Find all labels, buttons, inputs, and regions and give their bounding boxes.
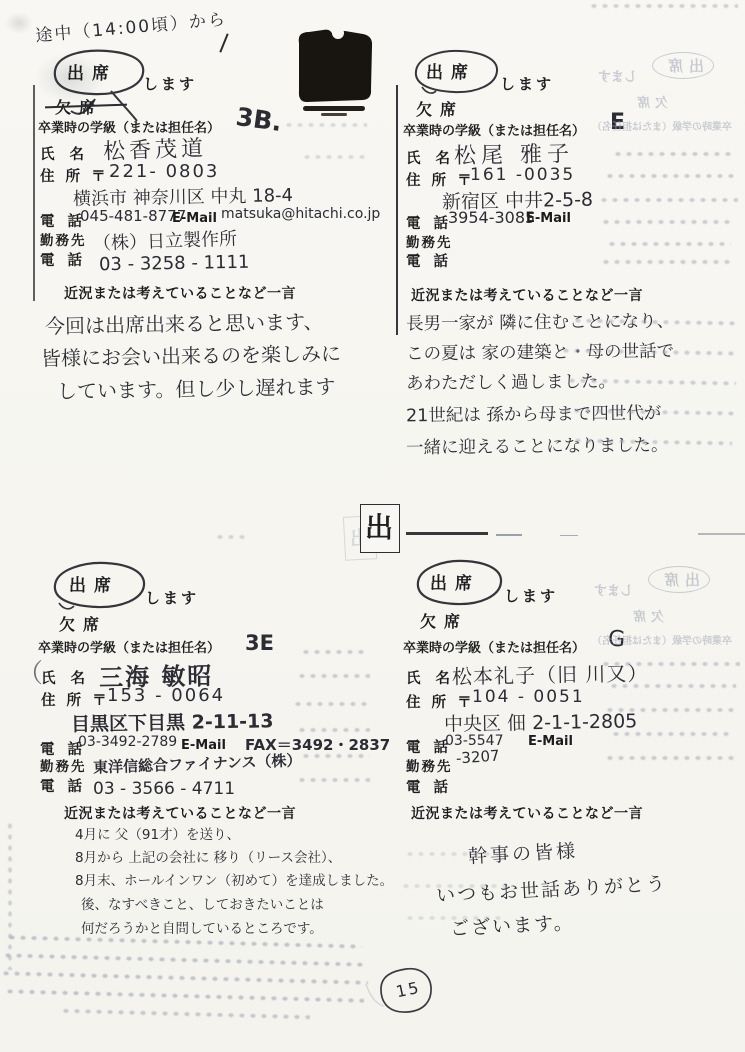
- message-line: 8月末、ホールインワン（初めて）を達成しました。: [75, 869, 393, 889]
- bleedthrough-absent: 欠席: [628, 606, 664, 625]
- bleedthrough-scribble: [283, 121, 367, 128]
- bleedthrough-scribble: [292, 700, 372, 707]
- message-label: 近況または考えていることなど一言: [411, 285, 643, 305]
- bleedthrough-shimasu: します: [594, 580, 633, 599]
- scan-smudge: [5, 12, 33, 34]
- workplace-label: 勤務先: [40, 755, 87, 775]
- annotation-note: 途中（14:00頃）から: [34, 5, 227, 47]
- scanned-reply-postcards-page: 途中（14:00頃）から 出席 します 欠席 卒業時の学級（または担任名） 3B…: [0, 0, 745, 1052]
- attend-circle: [410, 557, 508, 611]
- divider-dash: [560, 535, 578, 536]
- message-label: 近況または考えていることなど一言: [411, 803, 643, 823]
- message-line: 皆様にお会い出来るのを楽しみに: [41, 337, 341, 371]
- class-label: 卒業時の学級（または担任名）: [403, 637, 585, 656]
- work-phone-label: 電 話: [40, 249, 86, 270]
- bleedthrough-attend-stamp: 出席: [652, 52, 714, 79]
- phone-label: 電 話: [406, 212, 452, 233]
- bleedthrough-scribble: [300, 648, 368, 655]
- bleedthrough-attend-stamp: 出席: [648, 566, 710, 593]
- bleedthrough-scribble: [7, 820, 14, 970]
- bleedthrough-absent: 欠席: [632, 92, 668, 111]
- absent-label: 欠席: [420, 609, 468, 632]
- email-label: E-Mail: [528, 734, 573, 749]
- attend-suffix-label: します: [143, 73, 197, 94]
- message-line: しています。但し少し遅れます: [57, 371, 336, 405]
- class-value: 3E: [245, 631, 274, 655]
- stray-pen-mark: （: [17, 653, 43, 690]
- postal-value: 161 -0035: [470, 165, 575, 185]
- postal-value: 221- 0803: [109, 161, 219, 182]
- bleedthrough-scribble: [400, 882, 510, 889]
- divider-dash: [698, 533, 745, 535]
- divider-line-right: [406, 532, 488, 535]
- work-phone-label: 電 話: [406, 776, 452, 797]
- address-value: 目黒区下目黒 2-11-13: [71, 706, 274, 737]
- email-label: E-Mail: [172, 211, 217, 226]
- phone-value: 045-481-8777: [80, 207, 186, 225]
- bleedthrough-scribble: [296, 672, 370, 679]
- message-label: 近況または考えていることなど一言: [64, 283, 296, 303]
- message-line: 今回は出席出来ると思います、: [45, 306, 324, 340]
- bleedthrough-scribble: [301, 153, 369, 160]
- class-label: 卒業時の学級（または担任名）: [38, 637, 220, 656]
- attend-suffix-label: します: [504, 585, 558, 606]
- bleedthrough-scribble: [296, 776, 370, 783]
- bleedthrough-scribble: [612, 150, 732, 157]
- bleedthrough-class-label: 卒業時の学級（または担任名）: [592, 632, 732, 647]
- bleedthrough-scribble: [604, 172, 736, 179]
- message-line: 後、なすべきこと、しておきたいことは: [81, 893, 324, 913]
- workplace-label: 勤務先: [40, 229, 87, 249]
- work-phone-value: 03 - 3258 - 1111: [99, 252, 250, 276]
- attend-circle: [47, 559, 151, 615]
- phone-value-line2: -3207: [455, 747, 500, 768]
- workplace-label: 勤務先: [406, 755, 453, 775]
- center-stamp: 出: [360, 504, 398, 551]
- reply-card-4: 出席 します 欠席 卒業時の学級（または担任名） G 氏 名 松本礼子（旧 川又…: [398, 555, 745, 1015]
- absent-label: 欠席: [416, 97, 464, 120]
- bleedthrough-shimasu: します: [598, 66, 637, 85]
- name-label: 氏 名: [406, 667, 455, 688]
- bleedthrough-scribble: [404, 850, 504, 857]
- bleedthrough-scribble: [606, 240, 731, 247]
- bleedthrough-scribble: [604, 706, 736, 713]
- bleedthrough-scribble: [300, 752, 370, 759]
- postal-value: 104 - 0051: [472, 687, 585, 707]
- workplace-label: 勤務先: [406, 231, 453, 251]
- email-label: E-Mail: [526, 211, 571, 226]
- bleedthrough-scribble: [600, 258, 730, 265]
- bleedthrough-scribble: [600, 218, 735, 225]
- email-value: matsuka@hitachi.co.jp: [221, 206, 380, 222]
- message-line: 4月に 父（91才）を送り、: [75, 823, 240, 843]
- address-label: 住 所 〒: [41, 689, 110, 710]
- bleedthrough-scribble: [296, 726, 370, 733]
- bleedthrough-scribble: [608, 682, 736, 689]
- message-line: 8月から 上記の会社に 移り（リース会社）、: [75, 846, 341, 866]
- attend-suffix-label: します: [145, 587, 199, 608]
- divider-dash: [496, 534, 522, 536]
- name-label: 氏 名: [40, 143, 89, 164]
- message-label: 近況または考えていることなど一言: [64, 803, 296, 823]
- message-line: 一緒に迎えることになりました。: [406, 432, 669, 460]
- class-label: 卒業時の学級（または担任名）: [403, 120, 585, 139]
- bleedthrough-scribble: [588, 2, 738, 9]
- class-value: 3B.: [234, 102, 284, 137]
- message-line: 何だろうかと自問しているところです。: [81, 917, 323, 937]
- redaction-mark: [291, 27, 377, 127]
- email-label: E-Mail: [181, 738, 226, 753]
- bleedthrough-scribble: [598, 196, 738, 203]
- postal-value: 153 - 0064: [107, 685, 225, 706]
- workplace-value: 東洋信総合ファイナンス（株）: [93, 749, 302, 777]
- work-phone-label: 電 話: [406, 250, 452, 271]
- bleedthrough-scribble: [610, 730, 734, 737]
- attend-circle: [408, 47, 504, 99]
- divider-dash-left: [214, 533, 248, 540]
- work-phone-label: 電 話: [40, 775, 86, 796]
- reply-card-1: 途中（14:00頃）から 出席 します 欠席 卒業時の学級（または担任名） 3B…: [33, 45, 380, 505]
- message-line: ございます。: [449, 908, 575, 941]
- bleedthrough-class-label: 卒業時の学級（または担任名）: [592, 118, 732, 133]
- bleedthrough-scribble: [600, 660, 740, 667]
- bleedthrough-scribble: [404, 914, 504, 921]
- attend-suffix-label: します: [500, 73, 554, 94]
- address-label: 住 所 〒: [40, 165, 109, 186]
- bleedthrough-scribble: [604, 754, 734, 761]
- work-phone-value: 03 - 3566 - 4711: [93, 779, 235, 799]
- workplace-value: （株）日立製作所: [93, 224, 238, 255]
- phone-value: 03-3492-2789: [78, 734, 177, 750]
- annotation-slash-mark: [219, 33, 228, 52]
- phone-value: 3954-3085: [448, 208, 535, 227]
- absent-label: 欠席: [59, 612, 107, 635]
- name-label: 氏 名: [406, 147, 455, 168]
- name-label: 氏 名: [41, 667, 90, 688]
